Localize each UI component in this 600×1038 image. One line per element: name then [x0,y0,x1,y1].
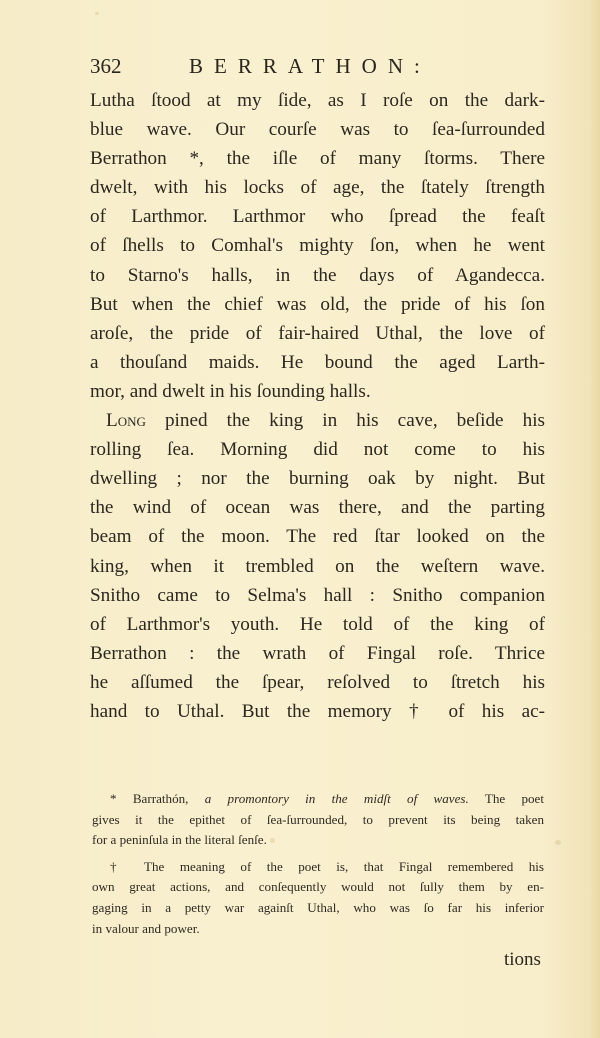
footnote-asterisk: * Barrathón, a promontory in the midſt o… [92,789,544,851]
running-head: BERRATHON: [189,54,431,79]
text-line: beam of the moon. The red ſtar looked on… [90,522,545,551]
footnote-line: † The meaning of the poet is, that Finga… [92,857,544,878]
text-line: of ſhells to Comhal's mighty ſon, when h… [90,231,545,260]
text-line: he aſſumed the ſpear, reſolved to ſtretc… [90,668,545,697]
paper-blemish [95,12,99,15]
paragraph-opening-line: Long pined the king in his cave, beſide … [90,406,545,435]
page-gutter [592,0,600,1038]
text-line: blue wave. Our courſe was to ſea-ſurroun… [90,115,545,144]
text-line: dwelling ; nor the burning oak by night.… [90,464,545,493]
footnote-line: gaging in a petty war againſt Uthal, who… [92,898,544,919]
text-line: the wind of ocean was there, and the par… [90,493,545,522]
footnote-text: The poet [485,791,544,806]
text-line: mor, and dwelt in his ſounding halls. [90,377,545,406]
text-line: king, when it trembled on the weſtern wa… [90,552,545,581]
footnote-marker: * Barrathón, [110,791,188,806]
text-line: of Larthmor's youth. He told of the king… [90,610,545,639]
text-line: Berrathon : the wrath of Fingal roſe. Th… [90,639,545,668]
text-line: Snitho came to Selma's hall : Snitho com… [90,581,545,610]
footnote-italic-gloss: a promontory in the midſt of waves. [205,791,469,806]
footnotes: * Barrathón, a promontory in the midſt o… [92,789,544,945]
text-line: Berrathon *, the iſle of many ſtorms. Th… [90,144,545,173]
text-line: dwelt, with his locks of age, the ſtatel… [90,173,545,202]
text-line: hand to Uthal. But the memory † of his a… [90,697,545,726]
page-number: 362 [90,54,122,79]
text-line: Lutha ſtood at my ſide, as I roſe on the… [90,86,545,115]
text-fragment: pined the king in his cave, beſide his [146,410,545,431]
main-text: Lutha ſtood at my ſide, as I roſe on the… [90,86,545,726]
footnote-line: * Barrathón, a promontory in the midſt o… [92,789,544,810]
footnote-line: gives it the epithet of ſea-ſurrounded, … [92,810,544,831]
text-line: of Larthmor. Larthmor who ſpread the fea… [90,202,545,231]
catchword: tions [504,949,541,971]
text-line: to Starno's halls, in the days of Agande… [90,261,545,290]
paper-blemish [555,840,561,845]
footnote-line: for a peninſula in the literal ſenſe. [92,830,544,851]
text-line: But when the chief was old, the pride of… [90,290,545,319]
text-line: aroſe, the pride of fair-haired Uthal, t… [90,319,545,348]
text-line: a thouſand maids. He bound the aged Lart… [90,348,545,377]
page-header: 362 BERRATHON: [90,54,530,84]
drop-word: Long [106,410,146,431]
footnote-line: own great actions, and conſequently woul… [92,877,544,898]
footnote-dagger: † The meaning of the poet is, that Finga… [92,857,544,939]
text-line: rolling ſea. Morning did not come to his [90,435,545,464]
footnote-line: in valour and power. [92,919,544,940]
